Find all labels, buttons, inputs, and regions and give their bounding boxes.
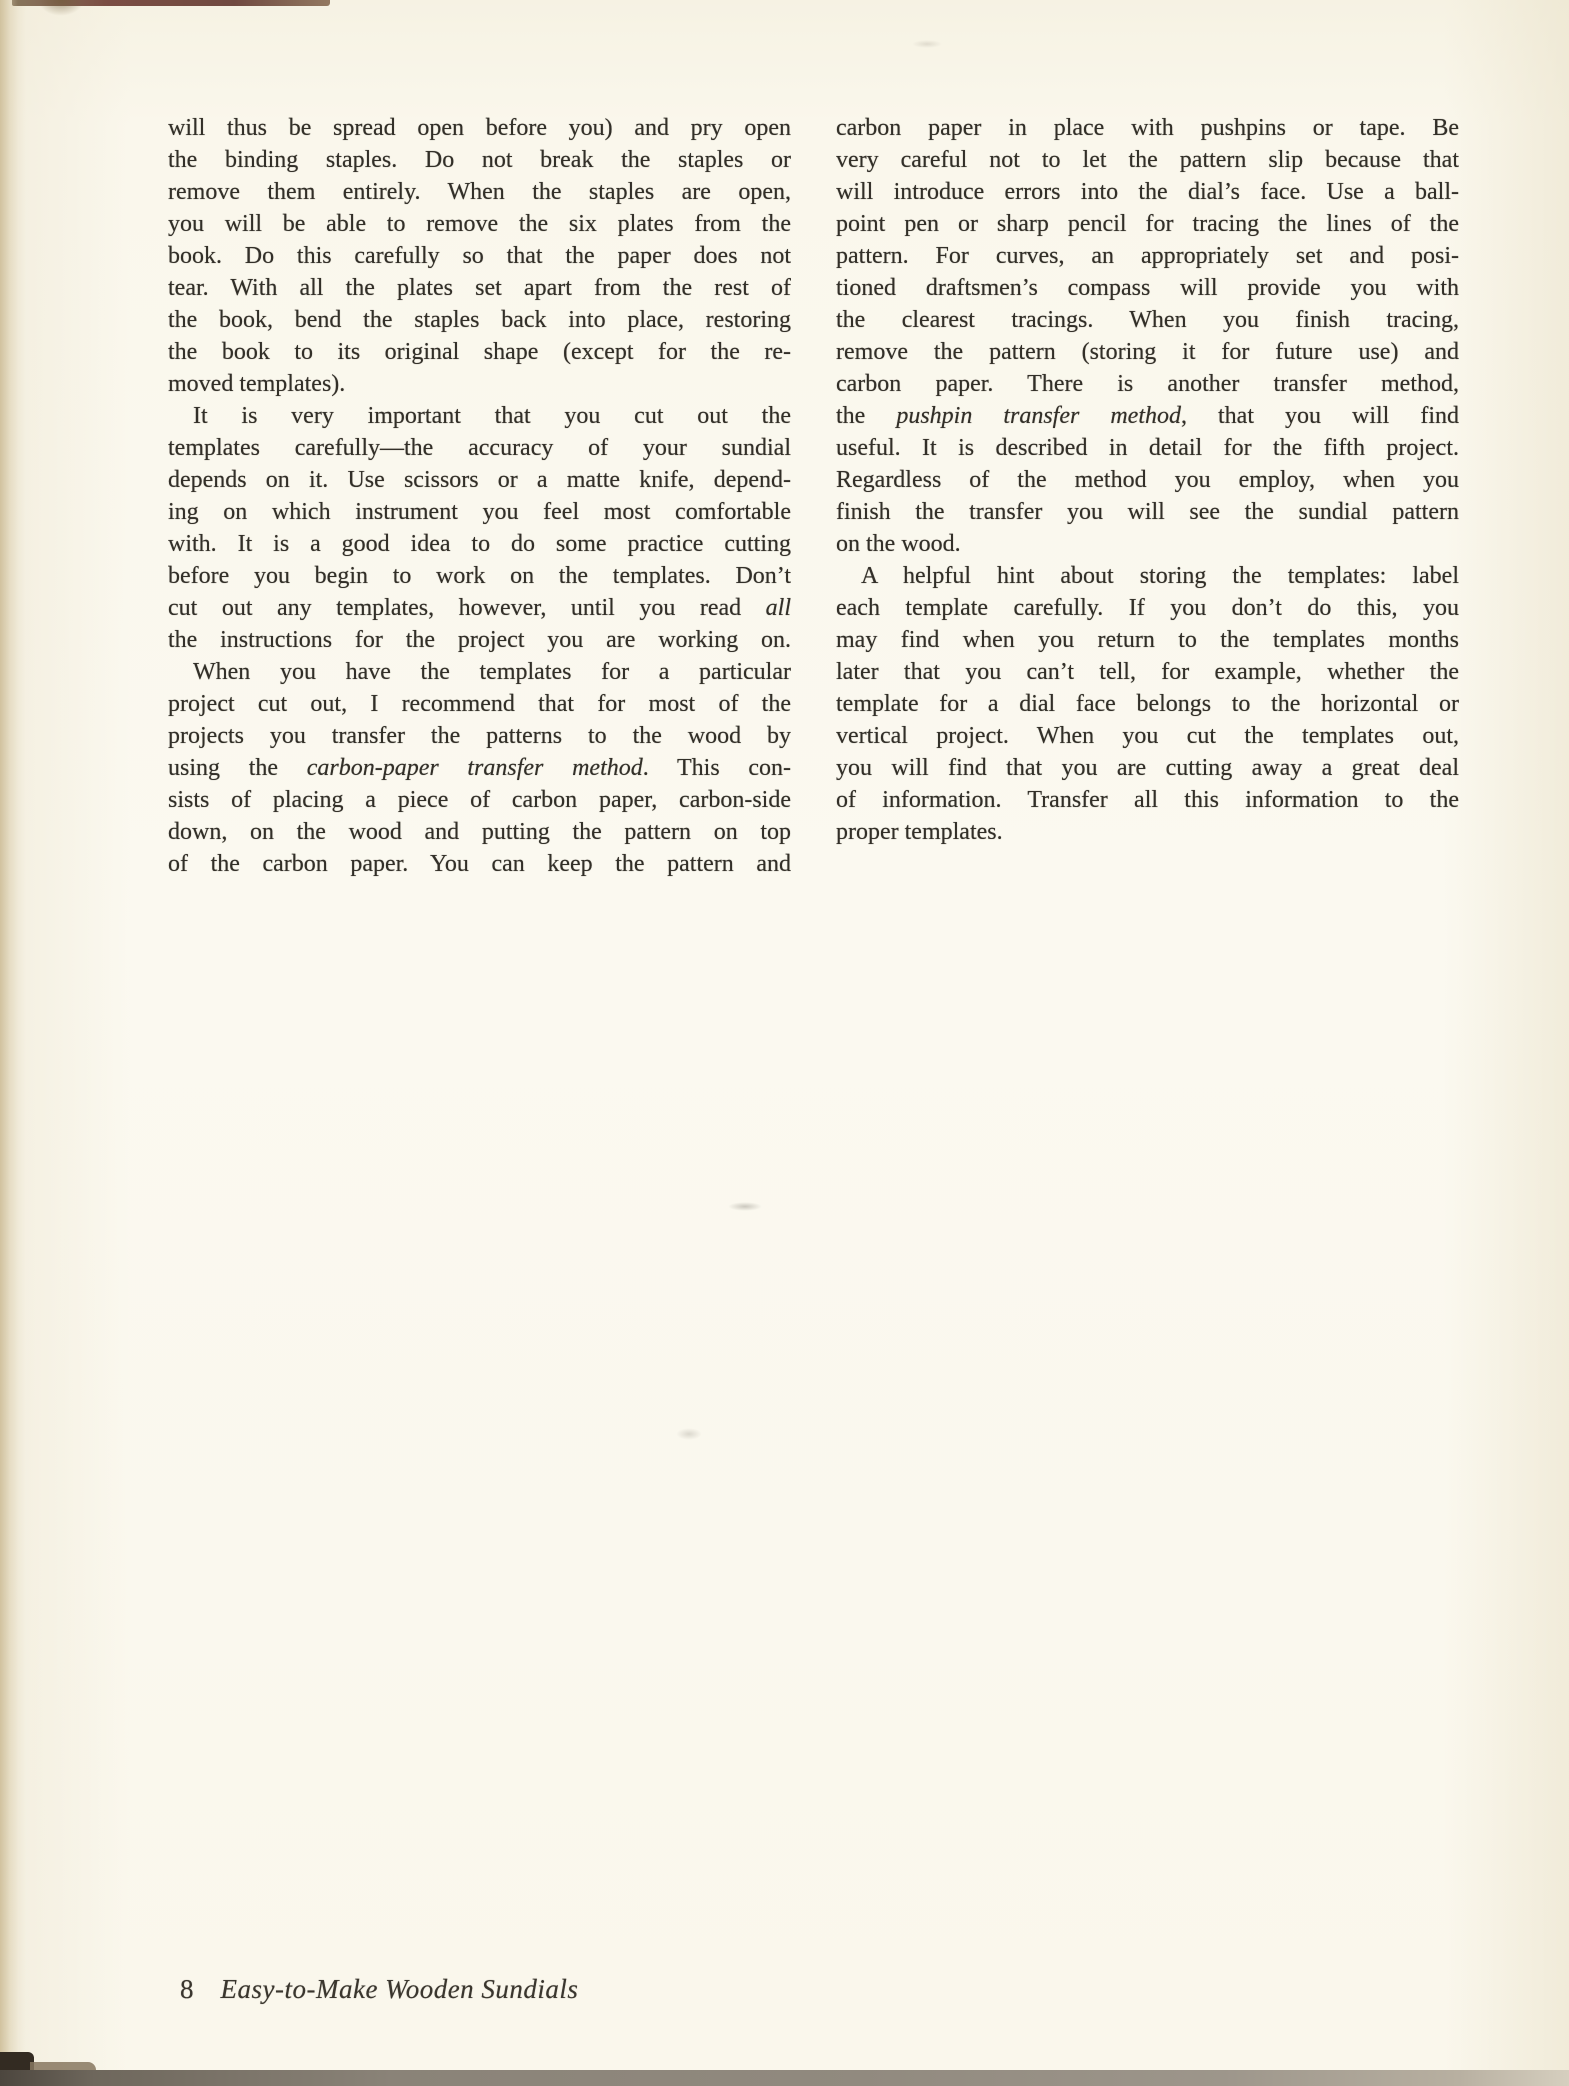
text-line: may find when you return to the template… [836, 624, 1459, 656]
scan-speck [676, 1428, 702, 1440]
page-footer: 8 Easy-to-Make Wooden Sundials [180, 1974, 578, 2005]
book-title: Easy-to-Make Wooden Sundials [221, 1974, 579, 2005]
text-line: moved templates). [168, 368, 791, 400]
text-line: the binding staples. Do not break the st… [168, 144, 791, 176]
text-line: vertical project. When you cut the templ… [836, 720, 1459, 752]
text-line: will thus be spread open before you) and… [168, 112, 791, 144]
text-line: useful. It is described in detail for th… [836, 432, 1459, 464]
text-line: you will find that you are cutting away … [836, 752, 1459, 784]
text-line: It is very important that you cut out th… [168, 400, 791, 432]
text-line: the book, bend the staples back into pla… [168, 304, 791, 336]
text-line: tear. With all the plates set apart from… [168, 272, 791, 304]
text-line: A helpful hint about storing the templat… [836, 560, 1459, 592]
text-line: ing on which instrument you feel most co… [168, 496, 791, 528]
text-line: using the carbon-paper transfer method. … [168, 752, 791, 784]
text-line: of information. Transfer all this inform… [836, 784, 1459, 816]
text-line: remove them entirely. When the staples a… [168, 176, 791, 208]
text-line: templates carefully—the accuracy of your… [168, 432, 791, 464]
text-line: the clearest tracings. When you finish t… [836, 304, 1459, 336]
scan-speck [728, 1202, 762, 1211]
text-line: point pen or sharp pencil for tracing th… [836, 208, 1459, 240]
text-line: very careful not to let the pattern slip… [836, 144, 1459, 176]
text-line: later that you can’t tell, for example, … [836, 656, 1459, 688]
text-line: you will be able to remove the six plate… [168, 208, 791, 240]
text-line: depends on it. Use scissors or a matte k… [168, 464, 791, 496]
scan-artifact-corner-smudge [38, 0, 84, 16]
text-line: the pushpin transfer method, that you wi… [836, 400, 1459, 432]
text-line: finish the transfer you will see the sun… [836, 496, 1459, 528]
text-line: before you begin to work on the template… [168, 560, 791, 592]
text-line: When you have the templates for a partic… [168, 656, 791, 688]
text-line: book. Do this carefully so that the pape… [168, 240, 791, 272]
text-line: cut out any templates, however, until yo… [168, 592, 791, 624]
text-line: the instructions for the project you are… [168, 624, 791, 656]
text-column-right: carbon paper in place with pushpins or t… [836, 112, 1459, 848]
text-line: project cut out, I recommend that for mo… [168, 688, 791, 720]
text-line: will introduce errors into the dial’s fa… [836, 176, 1459, 208]
text-line: pattern. For curves, an appropriately se… [836, 240, 1459, 272]
text-line: remove the pattern (storing it for futur… [836, 336, 1459, 368]
text-line: carbon paper in place with pushpins or t… [836, 112, 1459, 144]
text-line: each template carefully. If you don’t do… [836, 592, 1459, 624]
text-line: on the wood. [836, 528, 1459, 560]
text-column-left: will thus be spread open before you) and… [168, 112, 791, 880]
text-line: with. It is a good idea to do some pract… [168, 528, 791, 560]
scan-speck [912, 40, 942, 48]
book-page: will thus be spread open before you) and… [0, 0, 1569, 2086]
scan-artifact-bottom-bar [0, 2070, 1569, 2086]
text-line: the book to its original shape (except f… [168, 336, 791, 368]
text-line: down, on the wood and putting the patter… [168, 816, 791, 848]
scan-artifact-left-edge [0, 0, 18, 2086]
text-line: of the carbon paper. You can keep the pa… [168, 848, 791, 880]
text-line: proper templates. [836, 816, 1459, 848]
page-number: 8 [180, 1974, 194, 2005]
text-line: sists of placing a piece of carbon paper… [168, 784, 791, 816]
text-line: carbon paper. There is another transfer … [836, 368, 1459, 400]
text-line: tioned draftsmen’s compass will provide … [836, 272, 1459, 304]
text-line: template for a dial face belongs to the … [836, 688, 1459, 720]
text-line: Regardless of the method you employ, whe… [836, 464, 1459, 496]
text-line: projects you transfer the patterns to th… [168, 720, 791, 752]
